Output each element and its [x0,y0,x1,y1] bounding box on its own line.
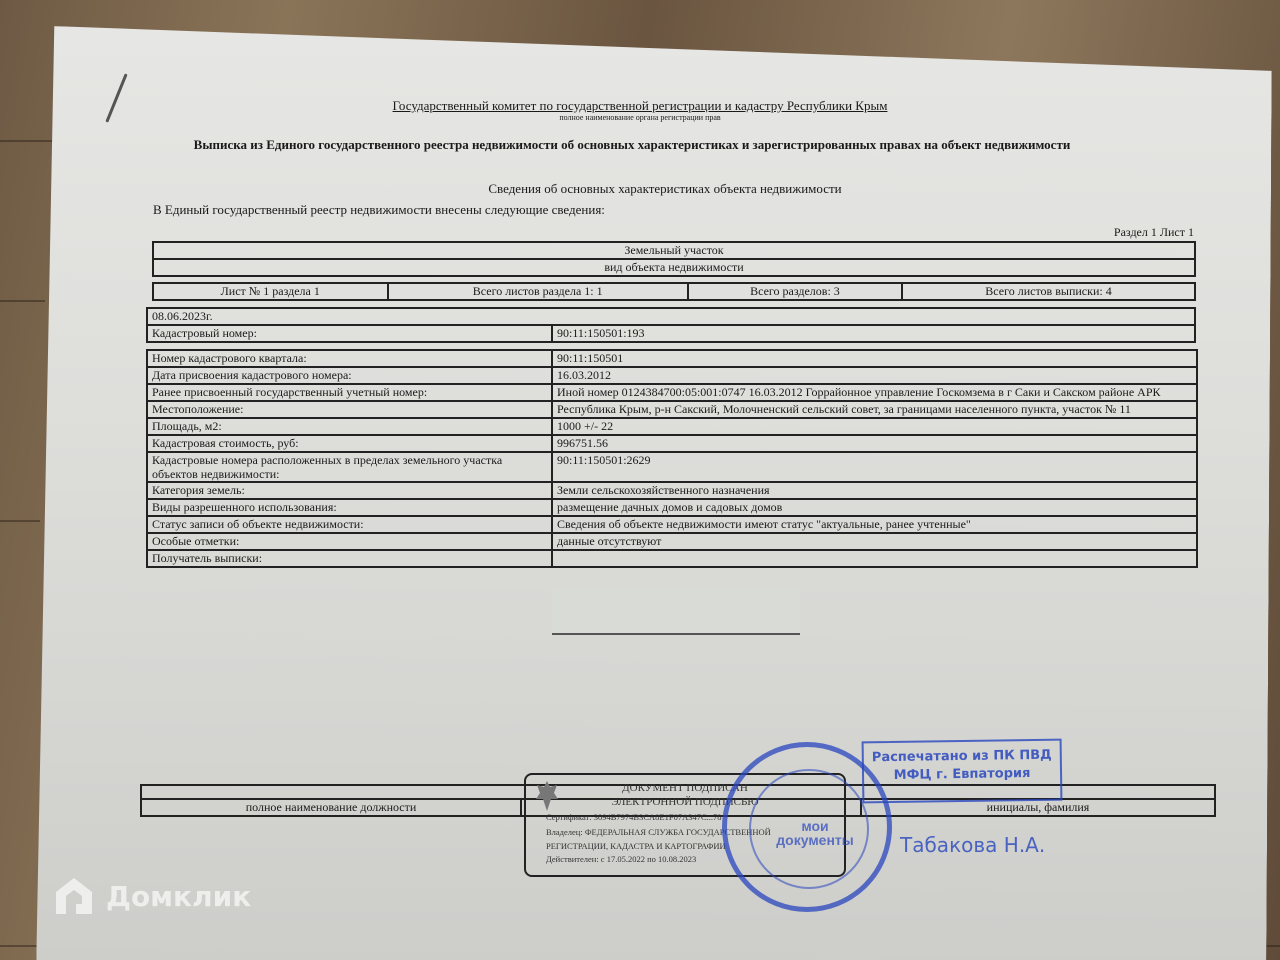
table-row: Номер кадастрового квартала:90:11:150501 [147,350,1197,367]
field-label: Площадь, м2: [147,418,552,435]
table-row: Кадастровая стоимость, руб:996751.56 [147,435,1197,452]
printed-stamp-line1: Распечатано из ПК ПВД [864,747,1060,768]
watermark: Домклик [52,874,251,918]
field-label: Особые отметки: [147,533,552,550]
field-label: Дата присвоения кадастрового номера: [147,367,552,384]
field-value: размещение дачных домов и садовых домов [552,499,1197,516]
field-value: 996751.56 [552,435,1197,452]
sheets-in-section: Всего листов раздела 1: 1 [388,283,688,300]
section-reference: Раздел 1 Лист 1 [1114,225,1194,240]
field-value: Республика Крым, р-н Сакский, Молочненск… [552,401,1197,418]
cadastral-header-table: 08.06.2023г. Кадастровый номер: 90:11:15… [146,307,1196,343]
position-caption: полное наименование должности [141,799,521,816]
field-value: Иной номер 0124384700:05:001:0747 16.03.… [552,384,1197,401]
printed-stamp: Распечатано из ПК ПВД МФЦ г. Евпатория [862,739,1063,804]
extract-date: 08.06.2023г. [147,308,1195,325]
total-sheets: Всего листов выписки: 4 [902,283,1195,300]
watermark-brand: Домклик [106,880,251,913]
cadastral-number-label: Кадастровый номер: [147,325,552,342]
total-sections: Всего разделов: 3 [688,283,902,300]
table-row: Дата присвоения кадастрового номера:16.0… [147,367,1197,384]
sheet-number: Лист № 1 раздела 1 [153,283,388,300]
field-label: Ранее присвоенный государственный учетны… [147,384,552,401]
field-value: данные отсутствуют [552,533,1197,550]
round-stamp-text: мои документы [775,819,855,847]
field-value [552,550,1197,567]
object-type: Земельный участок [153,242,1195,259]
redaction-sticker [552,588,800,635]
table-row: Получатель выписки: [147,550,1197,567]
table-row: Виды разрешенного использования:размещен… [147,499,1197,516]
cadastral-number-value: 90:11:150501:193 [552,325,1195,342]
table-row: Кадастровые номера расположенных в преде… [147,452,1197,482]
field-value: Земли сельскохозяйственного назначения [552,482,1197,499]
intro-text: В Единый государственный реестр недвижим… [153,202,605,218]
house-logo-icon [52,874,96,918]
organization-caption: полное наименование органа регистрации п… [0,113,1280,122]
organization-name: Государственный комитет по государственн… [0,98,1280,114]
document-title: Выписка из Единого государственного реес… [0,137,1264,153]
stamped-initials: Табакова Н.А. [900,833,1045,857]
sheets-table: Лист № 1 раздела 1 Всего листов раздела … [152,282,1196,301]
field-label: Получатель выписки: [147,550,552,567]
field-label: Номер кадастрового квартала: [147,350,552,367]
field-value: Сведения об объекте недвижимости имеют с… [552,516,1197,533]
printed-stamp-line2: МФЦ г. Евпатория [864,765,1060,786]
table-row: Категория земель:Земли сельскохозяйствен… [147,482,1197,499]
table-row: Ранее присвоенный государственный учетны… [147,384,1197,401]
table-row: Местоположение:Республика Крым, р-н Сакс… [147,401,1197,418]
field-value: 1000 +/- 22 [552,418,1197,435]
field-label: Статус записи об объекте недвижимости: [147,516,552,533]
field-value: 16.03.2012 [552,367,1197,384]
table-row: Площадь, м2:1000 +/- 22 [147,418,1197,435]
field-label: Местоположение: [147,401,552,418]
section-title: Сведения об основных характеристиках объ… [0,181,1280,197]
table-row: Статус записи об объекте недвижимости:Св… [147,516,1197,533]
field-label: Категория земель: [147,482,552,499]
table-row: Особые отметки:данные отсутствуют [147,533,1197,550]
coat-of-arms-icon [534,779,560,813]
field-label: Кадастровые номера расположенных в преде… [147,452,552,482]
field-label: Виды разрешенного использования: [147,499,552,516]
field-label: Кадастровая стоимость, руб: [147,435,552,452]
characteristics-table: Номер кадастрового квартала:90:11:150501… [146,349,1198,568]
object-type-caption: вид объекта недвижимости [153,259,1195,276]
field-value: 90:11:150501 [552,350,1197,367]
object-type-table: Земельный участок вид объекта недвижимос… [152,241,1196,277]
field-value: 90:11:150501:2629 [552,452,1197,482]
